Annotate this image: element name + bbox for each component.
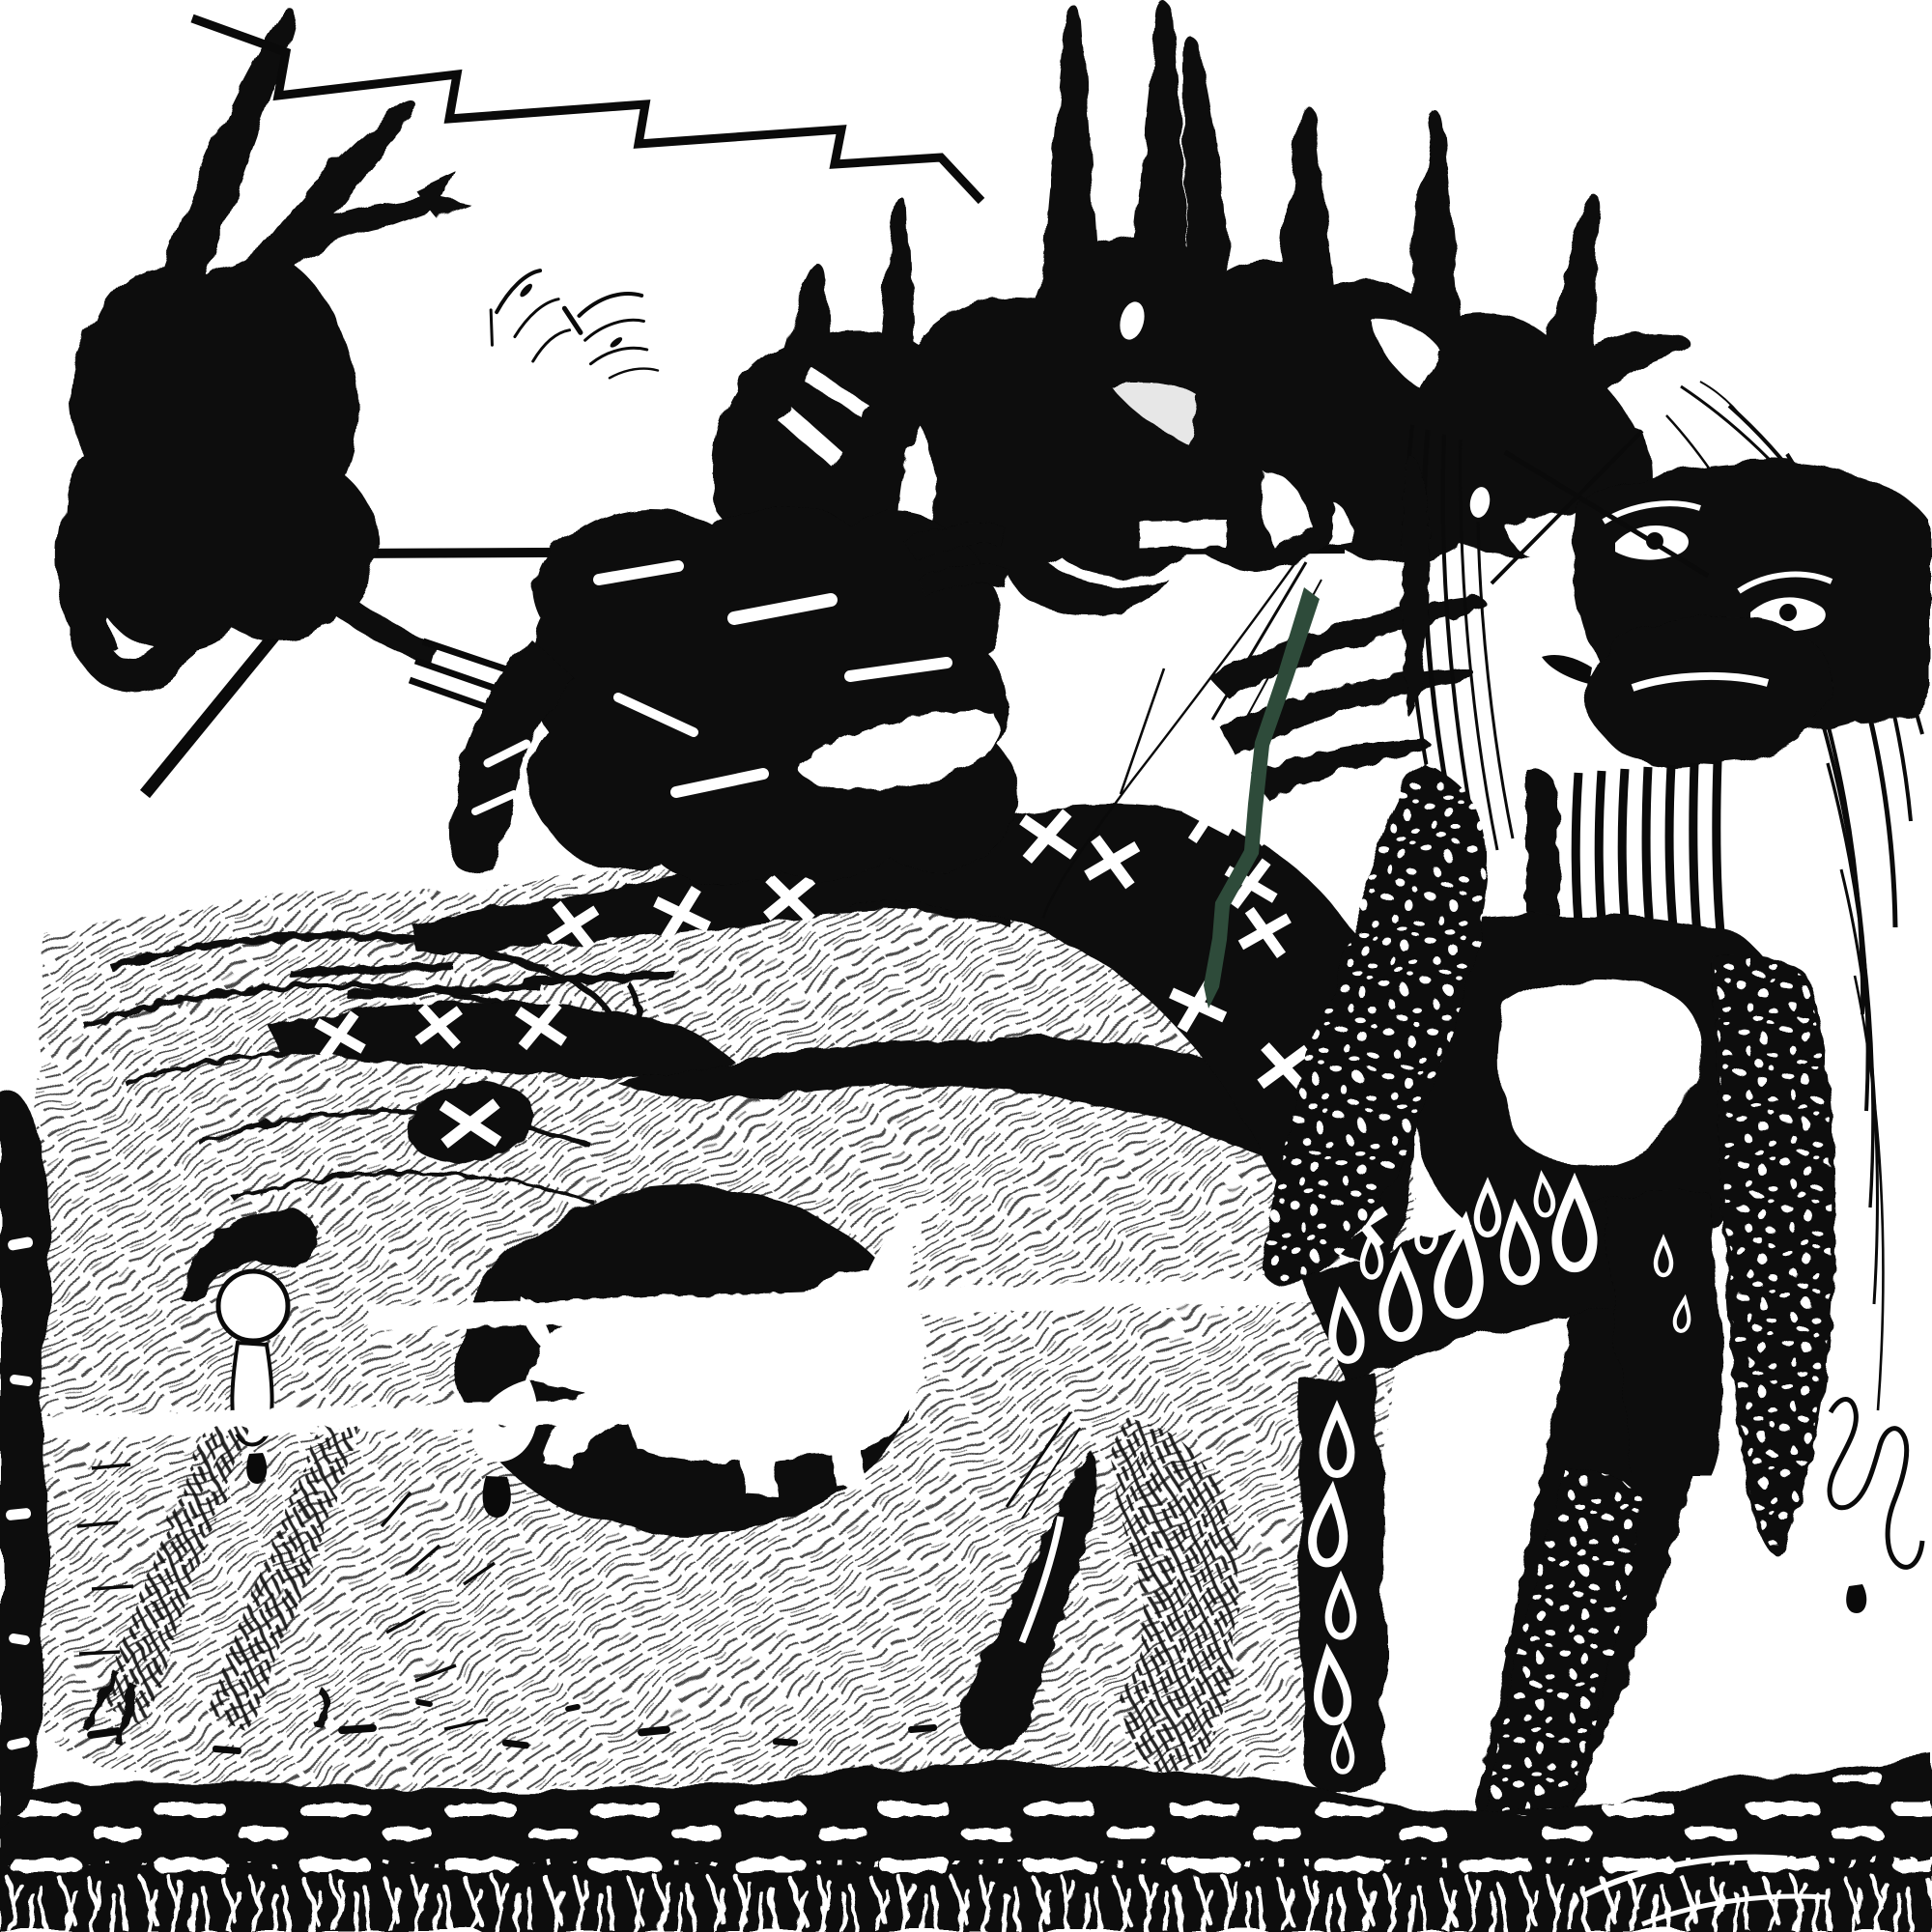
eye-right-pupil bbox=[1779, 604, 1797, 621]
artwork-canvas bbox=[0, 0, 1932, 1932]
left-strip bbox=[0, 1094, 47, 1830]
grass-zone bbox=[0, 1857, 1932, 1932]
artwork-svg bbox=[0, 0, 1932, 1932]
cluster-body bbox=[528, 505, 1017, 886]
animal-chin-drop bbox=[483, 1476, 511, 1518]
squiggle-drop bbox=[1846, 1584, 1866, 1613]
